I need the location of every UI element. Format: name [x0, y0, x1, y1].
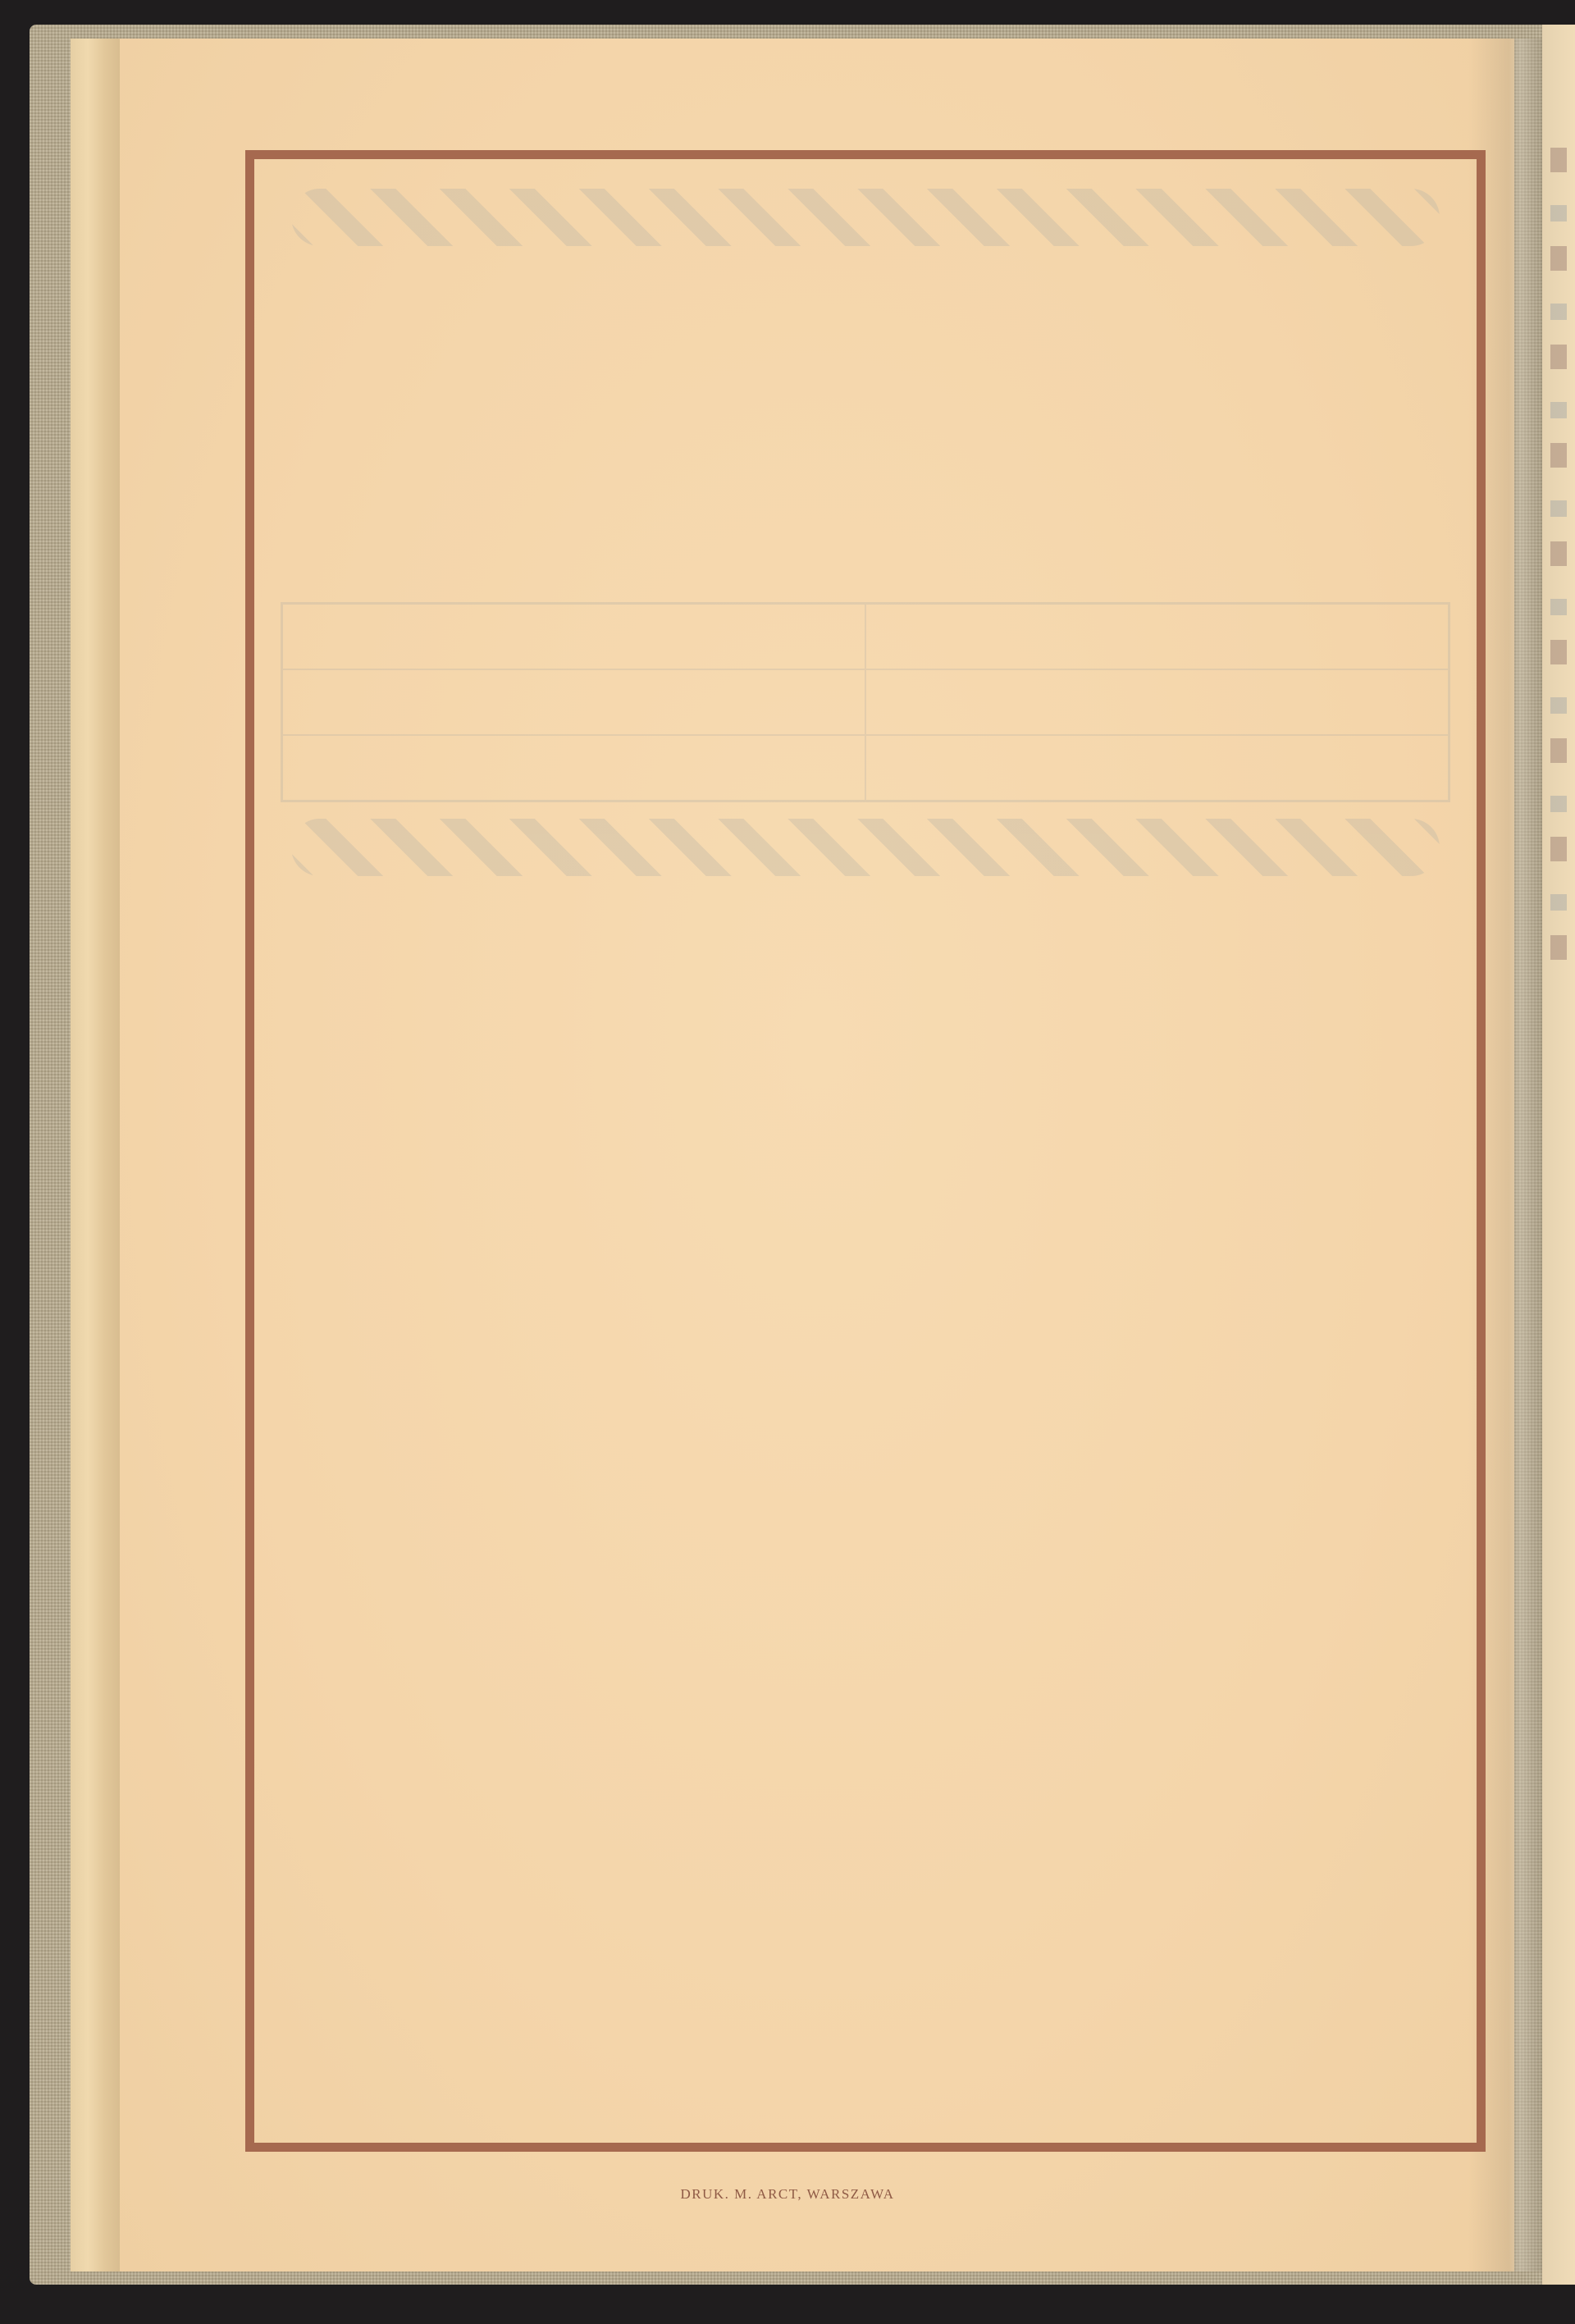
ghost-table: [281, 602, 1450, 802]
ghost-line: [271, 533, 1460, 591]
ghost-line: [271, 361, 1460, 418]
ghost-handwriting-line: [271, 952, 1460, 1034]
ghost-line: [271, 304, 1460, 361]
ghost-handwriting-line: [271, 1198, 1460, 1280]
ghost-line: [271, 246, 1460, 304]
ornament-wave-top: [291, 189, 1440, 246]
ghost-line: [271, 476, 1460, 533]
facing-page-decoration: [1550, 148, 1567, 968]
printer-imprint: DRUK. M. ARCT, WARSZAWA: [0, 2186, 1575, 2203]
ghost-handwriting-line: [271, 1034, 1460, 1116]
show-through-heading: [271, 189, 1460, 927]
ghost-table-row: [283, 734, 1448, 800]
show-through-handwriting: [271, 952, 1460, 2100]
ghost-table-row: [283, 605, 1448, 669]
ghost-table-row: [283, 669, 1448, 734]
page-stack-edges: [71, 39, 120, 2271]
ornament-wave-bottom: [291, 819, 1440, 876]
ghost-handwriting-line: [271, 1116, 1460, 1198]
ghost-line: [271, 418, 1460, 476]
